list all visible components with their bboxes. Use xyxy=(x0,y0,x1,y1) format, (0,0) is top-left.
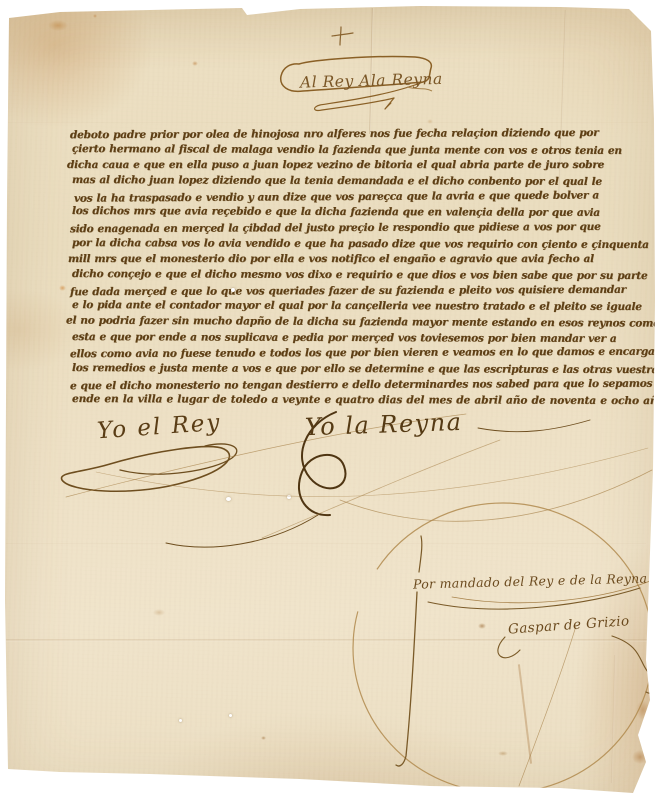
foxing-stain xyxy=(478,623,486,629)
fold-crease xyxy=(610,655,615,783)
body-text-block: deboto padre prior por olea de hinojosa … xyxy=(70,127,628,409)
body-text-line: los remedios e justa mente a vos e que p… xyxy=(72,361,630,379)
wormhole xyxy=(229,714,232,717)
body-text-line: çierto hermano al fiscal de malaga vendi… xyxy=(72,142,630,160)
foxing-stain xyxy=(261,736,266,740)
queen-signature-flourish xyxy=(166,412,652,547)
edge-stain xyxy=(632,750,648,764)
body-text-line: mill mrs que el monesterio dio por ella … xyxy=(68,252,626,268)
body-text-line: por la dicha cabsa vos lo avia vendido e… xyxy=(72,236,630,254)
scratch-mark xyxy=(518,664,532,763)
countersign-oval-flourish xyxy=(353,503,653,793)
body-text-line: deboto padre prior por olea de hinojosa … xyxy=(70,126,628,144)
manuscript-sheet: deboto padre prior por olea de hinojosa … xyxy=(0,0,662,800)
cross-mark-icon xyxy=(332,27,353,45)
body-text-line: dicho conçejo e que el dicho mesmo vos d… xyxy=(72,267,630,285)
foxing-stain xyxy=(48,20,68,31)
fold-crease xyxy=(369,8,374,134)
address-text: Al Rey Ala Reyna xyxy=(298,70,443,92)
wormhole xyxy=(226,497,231,501)
foxing-stain xyxy=(192,61,198,66)
countersign-text: Por mandado del Rey e de la Reyna xyxy=(412,571,648,592)
body-text-line: dicha caua e que en ella puso a juan lop… xyxy=(67,158,625,174)
king-signature-flourish xyxy=(62,414,648,497)
body-text-line: sido enagenada en merçed la çibdad del j… xyxy=(70,220,628,238)
address-flourish xyxy=(281,57,432,111)
fold-crease xyxy=(6,543,646,545)
foxing-stain xyxy=(93,14,97,18)
wormhole xyxy=(287,495,291,499)
secretary-signature: Gaspar de Grizio xyxy=(508,613,630,637)
foxing-stain xyxy=(498,751,508,756)
body-text-line: el no podria fazer sin mucho dapño de la… xyxy=(66,313,624,332)
foxing-stain xyxy=(153,609,165,616)
body-text-line: ende en la villa e lugar de toledo a vey… xyxy=(72,392,630,410)
fold-crease xyxy=(8,122,648,124)
address-tail xyxy=(407,87,432,91)
queen-signature: Yo la Reyna xyxy=(304,408,462,441)
fold-crease xyxy=(6,639,652,642)
countersign-flourish xyxy=(396,536,661,786)
edge-stain xyxy=(636,700,650,720)
foxing-stain xyxy=(427,119,433,124)
foxing-stain xyxy=(59,285,66,291)
photo-stage: deboto padre prior por olea de hinojosa … xyxy=(0,0,662,800)
king-signature: Yo el Rey xyxy=(96,410,222,445)
wormhole xyxy=(179,719,182,722)
